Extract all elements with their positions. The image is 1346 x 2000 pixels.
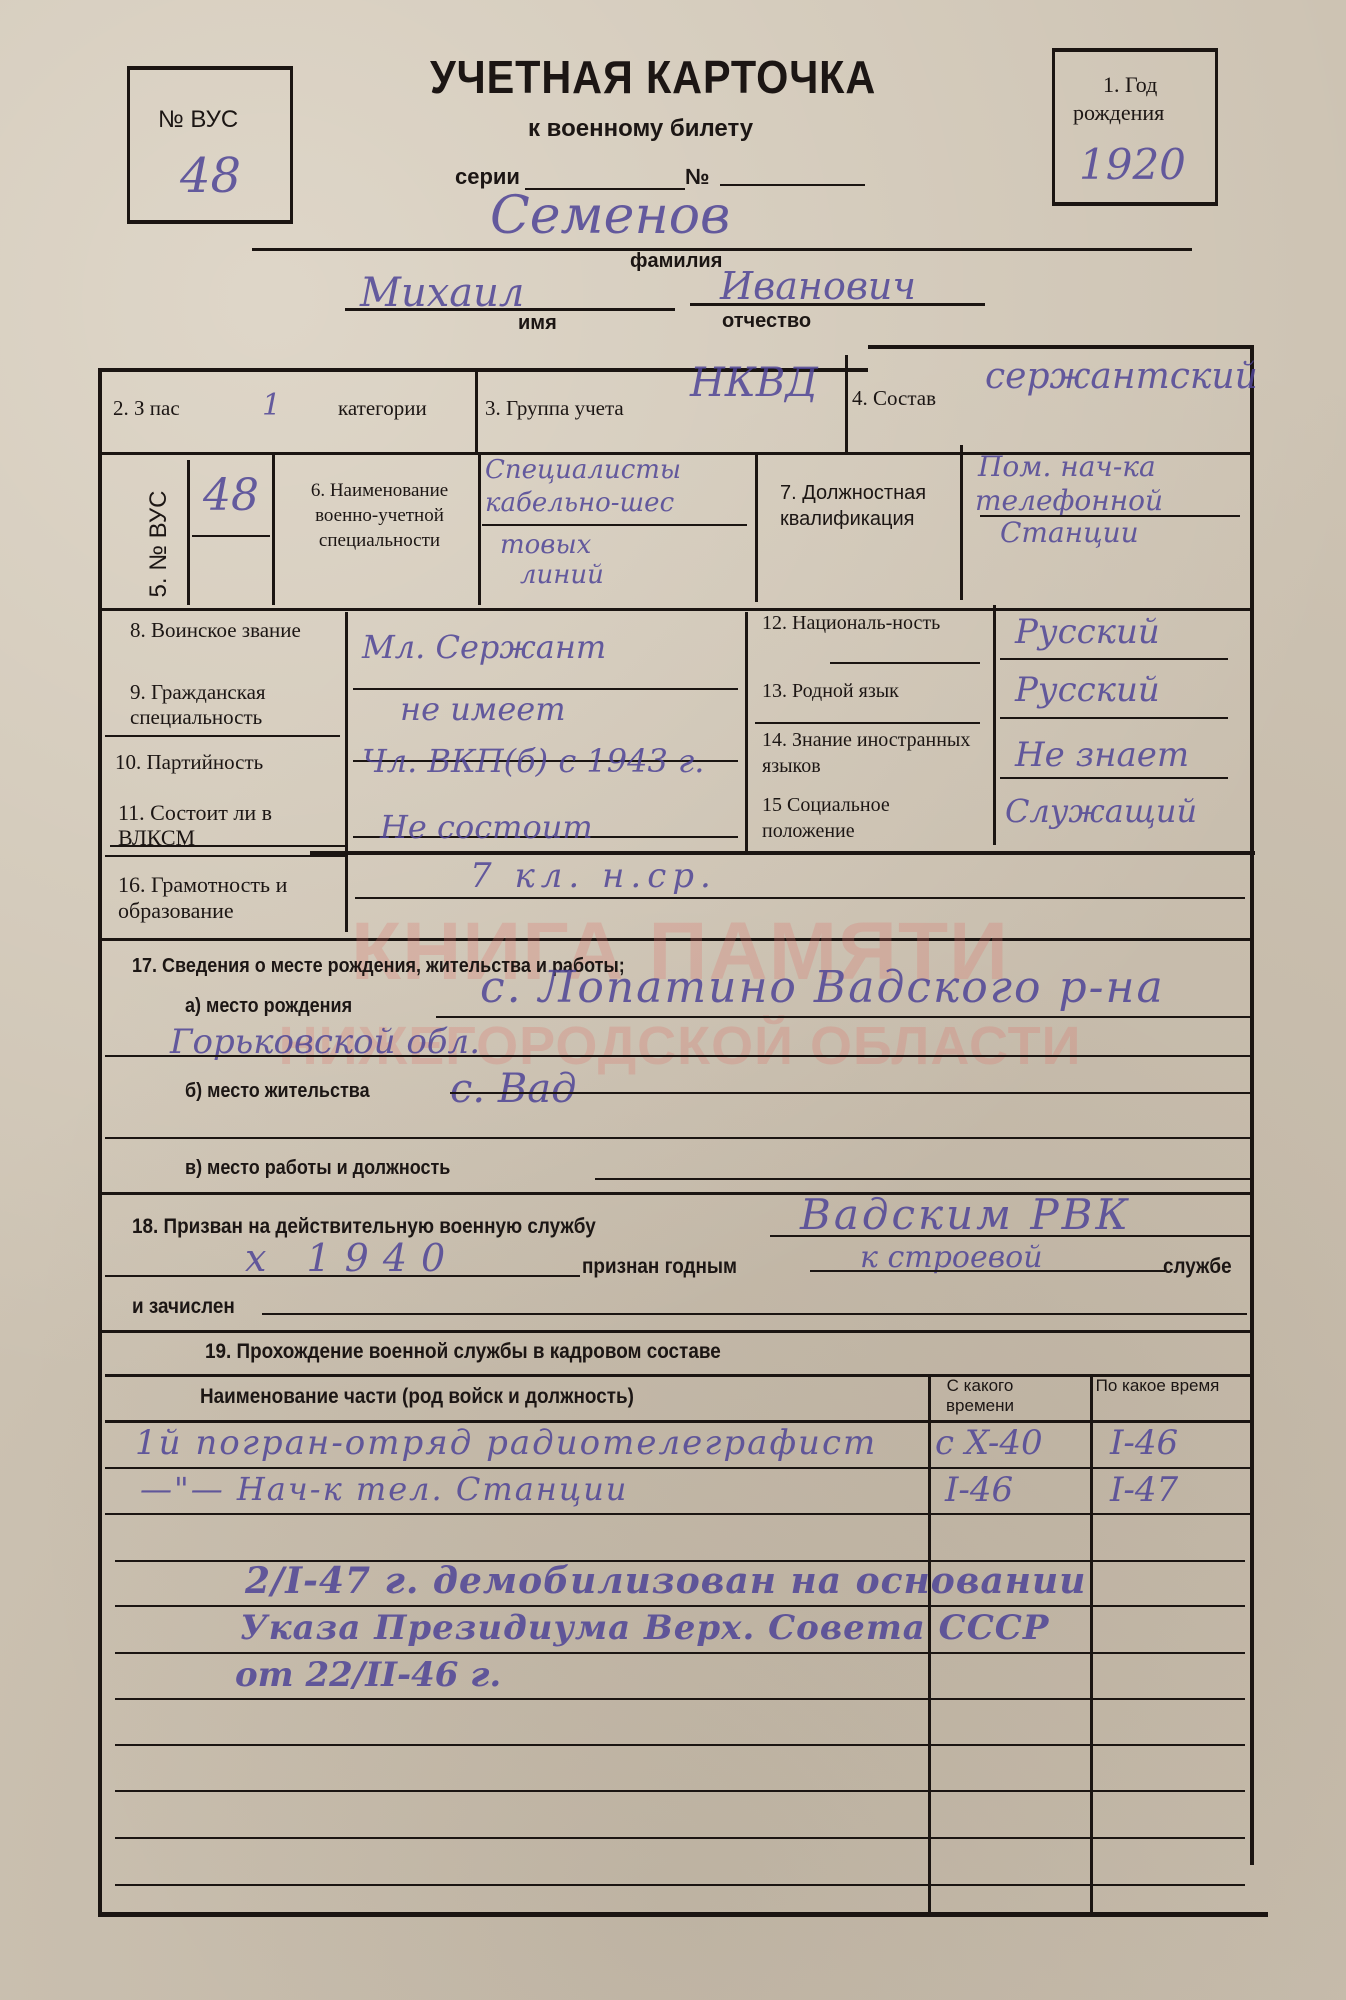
fit-label: признан годным bbox=[582, 1255, 737, 1279]
form-bottom-line bbox=[98, 1912, 1268, 1917]
specialty-value-3: товых bbox=[500, 530, 591, 560]
table-row-10-line bbox=[115, 1884, 1245, 1886]
field-13-value-line bbox=[1000, 717, 1228, 719]
table-row-2-from: I-46 bbox=[945, 1470, 1013, 1510]
row-11-bottom-line-left bbox=[105, 855, 345, 857]
note-line-2: Указа Президиума Верх. Совета СССР bbox=[240, 1608, 1049, 1648]
surname-label: фамилия bbox=[630, 250, 722, 273]
table-row-2-to: I-47 bbox=[1110, 1470, 1178, 1510]
year-value: х 1940 bbox=[245, 1236, 459, 1280]
right-fields-divider bbox=[993, 605, 996, 845]
row1-divider-2 bbox=[845, 355, 848, 455]
specialty-value-2: кабельно-шес bbox=[485, 488, 674, 518]
patronymic-line bbox=[690, 303, 985, 306]
form-top-line-right bbox=[868, 345, 1253, 349]
row2-divider-c bbox=[478, 455, 481, 605]
field-14-label: 14. Знание иностранных языков bbox=[762, 727, 987, 779]
table-row-7-line bbox=[115, 1744, 1245, 1746]
row2-divider-b bbox=[272, 455, 275, 605]
table-row-9-line bbox=[115, 1837, 1245, 1839]
birthplace-line-2 bbox=[105, 1055, 1250, 1057]
column-header-to: По какое время bbox=[1095, 1376, 1220, 1396]
field-9-label: 9. Гражданская специальность bbox=[130, 680, 340, 730]
document-title: УЧЕТНАЯ КАРТОЧКА bbox=[430, 50, 876, 104]
field-12-line bbox=[830, 662, 980, 664]
birth-year-label-1: 1. Год bbox=[1103, 72, 1157, 98]
table-row-2-unit: —"— Нач-к тел. Станции bbox=[140, 1470, 628, 1508]
field-16-line bbox=[355, 897, 1245, 899]
row-11-bottom-line bbox=[310, 851, 1255, 855]
table-row-8-line bbox=[115, 1790, 1245, 1792]
qualification-value-3: Станции bbox=[1000, 516, 1139, 549]
fit-line bbox=[810, 1270, 1165, 1272]
field-12-label: 12. Националь-ность bbox=[762, 610, 942, 636]
vus-box: № ВУС 48 bbox=[127, 66, 293, 224]
table-header-top bbox=[105, 1374, 1250, 1377]
called-value: Вадским РВК bbox=[800, 1190, 1131, 1239]
field-13-label: 13. Родной язык bbox=[762, 680, 899, 703]
field-8-value: Мл. Сержант bbox=[362, 628, 606, 666]
field-10-label: 10. Партийность bbox=[115, 750, 263, 775]
table-row-1-from: с X-40 bbox=[935, 1423, 1043, 1463]
field-8-label: 8. Воинское звание bbox=[130, 618, 330, 643]
vus-number-label: 5. № ВУС bbox=[145, 489, 173, 599]
column-header-from: С какого времени bbox=[930, 1376, 1030, 1416]
vus-number-line bbox=[192, 535, 270, 537]
group-value: НКВД bbox=[690, 360, 818, 406]
birthplace-value-1: с. Лопатино Вадского р-на bbox=[480, 962, 1165, 1013]
field-15-label: 15 Социальное положение bbox=[762, 792, 987, 844]
table-row-1-unit: 1й погран-отряд радиотелеграфист bbox=[135, 1423, 877, 1463]
table-row-1-line bbox=[105, 1467, 1250, 1469]
table-row-2-line bbox=[105, 1513, 1250, 1515]
row-16-bottom-line bbox=[98, 938, 1253, 941]
left-fields-divider bbox=[345, 612, 348, 932]
qualification-label: 7. Должностная квалификация bbox=[780, 480, 930, 532]
number-line bbox=[720, 184, 865, 186]
field-9-label-line bbox=[105, 735, 340, 737]
vus-box-label: № ВУС bbox=[158, 106, 238, 134]
specialty-value-4: линий bbox=[520, 560, 604, 590]
field-15-value: Служащий bbox=[1005, 792, 1197, 830]
row2-divider-d bbox=[755, 452, 758, 602]
first-name-label: имя bbox=[518, 312, 557, 335]
field-14-value-line bbox=[1000, 777, 1228, 779]
field-11-value: Не состоит bbox=[380, 808, 593, 846]
birth-year-label-2: рождения bbox=[1073, 100, 1164, 126]
specialty-value-1: Специалисты bbox=[485, 455, 681, 485]
field-13-line bbox=[755, 722, 980, 724]
table-row-4-line bbox=[115, 1605, 1245, 1607]
table-col-divider-2 bbox=[1090, 1374, 1093, 1912]
field-10-value: Чл. ВКП(б) с 1943 г. bbox=[362, 742, 704, 780]
row2-divider-e bbox=[960, 445, 963, 600]
category-value: 1 bbox=[262, 388, 281, 423]
section-19-title: 19. Прохождение военной службы в кадрово… bbox=[205, 1340, 721, 1364]
field-16-label: 16. Грамотность и образование bbox=[118, 872, 338, 924]
mid-fields-divider bbox=[745, 612, 748, 852]
form-right-border bbox=[1250, 345, 1254, 1865]
service-label: службе bbox=[1163, 1255, 1232, 1279]
table-row-5-line bbox=[115, 1652, 1245, 1654]
residence-line bbox=[450, 1092, 1250, 1094]
birth-year-box: 1. Год рождения 1920 bbox=[1052, 48, 1218, 206]
patronymic-label: отчество bbox=[722, 310, 811, 333]
category-label-suffix: категории bbox=[338, 396, 427, 421]
field-11-label: 11. Состоит ли в ВЛКСМ bbox=[118, 800, 328, 850]
specialty-line bbox=[482, 524, 747, 526]
group-label: 3. Группа учета bbox=[485, 396, 624, 421]
birthplace-label: а) место рождения bbox=[185, 995, 352, 1018]
residence-line-2 bbox=[105, 1137, 1250, 1139]
document-subtitle: к военному билету bbox=[528, 115, 753, 143]
field-14-value: Не знает bbox=[1015, 735, 1189, 775]
composition-label: 4. Состав bbox=[852, 386, 936, 411]
first-name-line bbox=[345, 308, 675, 311]
work-label: в) место работы и должность bbox=[185, 1157, 450, 1180]
form-left-border bbox=[98, 368, 102, 1915]
called-line bbox=[770, 1235, 1250, 1237]
column-header-unit: Наименование части (род войск и должност… bbox=[200, 1385, 634, 1409]
table-row-6-line bbox=[115, 1698, 1245, 1700]
field-12-value-line bbox=[1000, 658, 1228, 660]
row2-divider-a bbox=[187, 460, 190, 605]
note-line-1: 2/I-47 г. демобилизован на основании bbox=[245, 1560, 1086, 1602]
residence-value: с. Вад bbox=[450, 1066, 576, 1112]
birth-year-value: 1920 bbox=[1079, 140, 1186, 189]
surname-value: Семенов bbox=[490, 186, 730, 246]
enrolled-label: и зачислен bbox=[132, 1295, 235, 1319]
enrolled-line bbox=[262, 1313, 1247, 1315]
row2-bottom-line bbox=[98, 608, 1253, 611]
vus-number-value: 48 bbox=[203, 470, 259, 521]
field-16-value: 7 кл. н.ср. bbox=[470, 856, 717, 896]
field-9-value: не имеет bbox=[400, 690, 566, 728]
vus-box-value: 48 bbox=[180, 148, 241, 204]
section-18-bottom-line bbox=[98, 1330, 1253, 1333]
birthplace-line-1 bbox=[436, 1016, 1251, 1018]
composition-value: сержантский bbox=[985, 356, 1258, 397]
residence-label: б) место жительства bbox=[185, 1080, 370, 1103]
field-13-value: Русский bbox=[1015, 670, 1160, 710]
year-line bbox=[105, 1275, 580, 1277]
category-label-prefix: 2. З пас bbox=[113, 396, 180, 421]
specialty-label: 6. Наименование военно-учетной специальн… bbox=[282, 478, 477, 553]
note-line-3: от 22/II-46 г. bbox=[235, 1655, 501, 1695]
table-row-1-to: I-46 bbox=[1110, 1423, 1178, 1463]
patronymic-value: Иванович bbox=[720, 264, 916, 308]
work-line bbox=[595, 1178, 1250, 1180]
qualification-value-2: телефонной bbox=[975, 484, 1163, 517]
field-12-value: Русский bbox=[1015, 612, 1160, 652]
row1-divider-1 bbox=[475, 368, 478, 454]
qualification-value-1: Пом. нач-ка bbox=[978, 450, 1156, 483]
